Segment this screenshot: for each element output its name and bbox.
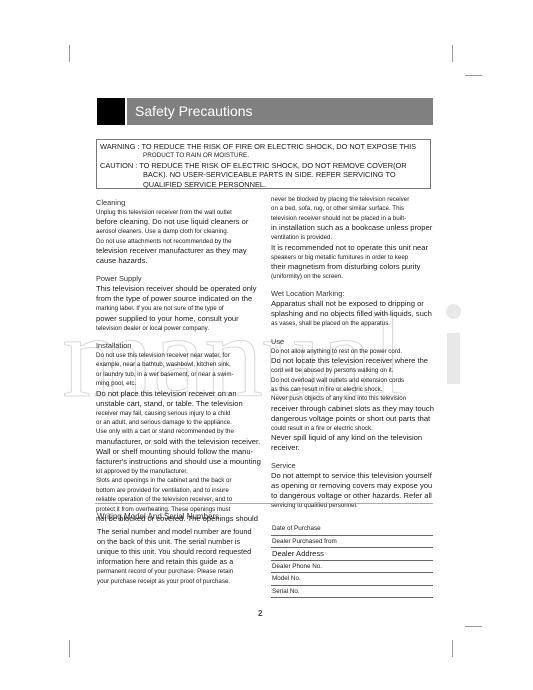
caution-line: QUALIFIED SERVICE PERSONNEL.: [100, 180, 427, 189]
text-line: from the type of power source indicated …: [96, 294, 268, 304]
warning-line: PRODUCT TO RAIN OR MOISTURE.: [100, 151, 427, 160]
text-line: unstable cart, stand, or table. The tele…: [96, 399, 268, 409]
header-block: [97, 98, 125, 125]
crop-mark: [452, 45, 453, 62]
section-heading-wet-location: Wet Location Marking:: [271, 289, 443, 299]
text-line: manufacturer, or sold with the televisio…: [96, 437, 268, 447]
page-number: 2: [258, 609, 262, 618]
left-column: Cleaning Unplug this television receiver…: [96, 198, 268, 524]
text-line: as vases, shall be placed on the apparat…: [271, 319, 443, 328]
section-heading-power-supply: Power Supply: [96, 274, 268, 284]
caution-line: BACK). NO USER-SERVICEABLE PARTS IN SIDE…: [100, 170, 427, 179]
text-line: (uniformity) on the screen.: [271, 272, 443, 281]
serial-section-heading: Writing Model And Serial Numbers: [97, 512, 219, 521]
section-heading-service: Service: [271, 461, 443, 471]
text-line: receiver.: [271, 443, 443, 453]
text-line: Apparatus shall not be exposed to drippi…: [271, 299, 443, 309]
watermark-i-dot: [446, 304, 461, 319]
text-line: Do not allow anything to rest on the pow…: [271, 347, 443, 356]
text-line: never be blocked by placing the televisi…: [271, 195, 443, 204]
crop-mark: [69, 45, 70, 62]
text-line: information here and retain this guide a…: [97, 557, 272, 567]
text-line: Do not use attachments not recommended b…: [96, 237, 268, 246]
text-line: their magnetism from disturbing colors p…: [271, 262, 443, 272]
text-line: aerosol cleaners. Use a damp cloth for c…: [96, 227, 268, 236]
record-field-serial-no: Serial No.: [271, 586, 433, 599]
text-line: Do not overload wall outlets and extensi…: [271, 376, 443, 385]
record-field-dealer-address: Dealer Address: [271, 548, 433, 561]
text-line: television receiver should not be placed…: [271, 214, 443, 223]
warning-line: WARNING : TO REDUCE THE RISK OF FIRE OR …: [100, 142, 427, 151]
record-field-date-of-purchase: Date of Purchase: [271, 523, 433, 536]
section-heading-cleaning: Cleaning: [96, 198, 268, 208]
text-line: Never spill liquid of any kind on the te…: [271, 433, 443, 443]
text-line: your purchase receipt as your proof of p…: [97, 577, 272, 587]
text-line: television receiver manufacturer as they…: [96, 246, 268, 256]
text-line: kit approved by the manufacturer.: [96, 467, 268, 476]
text-line: Do not attempt to service this televisio…: [271, 471, 443, 481]
text-line: as opening or removing covers may expose…: [271, 481, 443, 491]
text-line: receiver through cabinet slots as they m…: [271, 404, 443, 414]
section-heading-installation: Installation: [96, 341, 268, 351]
page-title: Safety Precautions: [135, 103, 253, 119]
crop-mark: [465, 75, 482, 76]
serial-section-text: The serial number and model number are f…: [97, 527, 272, 587]
text-line: before cleaning. Do not use liquid clean…: [96, 217, 268, 227]
text-line: ventilation is provided.: [271, 233, 443, 242]
record-field-dealer-purchased-from: Dealer Purchased from: [271, 536, 433, 549]
text-line: in installation such as a bookcase unles…: [271, 223, 443, 233]
text-line: as this can result in fire or electric s…: [271, 385, 443, 394]
text-line: Never push objects of any kind into this…: [271, 394, 443, 403]
purchase-record-table: Date of Purchase Dealer Purchased from D…: [271, 523, 433, 598]
text-line: Do not use this television receiver near…: [96, 351, 268, 360]
header-bar: Safety Precautions: [127, 98, 433, 125]
text-line: dangerous voltage points or short out pa…: [271, 414, 443, 424]
text-line: It is recommended not to operate this un…: [271, 243, 443, 253]
right-column: never be blocked by placing the televisi…: [271, 195, 443, 511]
section-heading-use: Use: [271, 337, 443, 347]
crop-mark: [465, 626, 482, 627]
text-line: Do not place this television receiver on…: [96, 389, 268, 399]
record-field-dealer-phone: Dealer Phone No.: [271, 561, 433, 574]
text-line: cord will be abused by persons walking o…: [271, 366, 443, 375]
text-line: This television receiver should be opera…: [96, 284, 268, 294]
text-line: splashing and no objects filled with liq…: [271, 309, 443, 319]
crop-mark: [452, 640, 453, 657]
text-line: Wall or shelf mounting should follow the…: [96, 447, 268, 457]
text-line: power supplied to your home, consult you…: [96, 314, 268, 324]
text-line: Slots and openings in the cabinet and th…: [96, 476, 268, 485]
text-line: to dangerous voltage or other hazards. R…: [271, 491, 443, 501]
text-line: or an adult, and serious damage to the a…: [96, 418, 268, 427]
record-field-model-no: Model No.: [271, 573, 433, 586]
text-line: example, near a bathtub, washbowl, kitch…: [96, 360, 268, 369]
text-line: bottom are provided for ventilation, and…: [96, 486, 268, 495]
text-line: Unplug this television receiver from the…: [96, 208, 268, 217]
text-line: receiver may fall, causing serious injur…: [96, 409, 268, 418]
text-line: unique to this unit. You should record r…: [97, 547, 272, 557]
crop-mark: [69, 640, 70, 657]
text-line: on a bed, sofa, rug, or other similar su…: [271, 204, 443, 213]
text-line: television dealer or local power company…: [96, 324, 268, 333]
section-divider: [95, 503, 433, 504]
text-line: or laundry tub, in a wet basement, or ne…: [96, 370, 268, 379]
text-line: on the back of this unit. The serial num…: [97, 537, 272, 547]
text-line: marking label. If you are not sure of th…: [96, 304, 268, 313]
text-line: could result in a fire or electric shock…: [271, 424, 443, 433]
text-line: facturer's instructions and should use a…: [96, 457, 268, 467]
text-line: Do not locate this television receiver w…: [271, 356, 443, 366]
text-line: cause hazards.: [96, 256, 268, 266]
text-line: speakers or big metallic furnitures in o…: [271, 253, 443, 262]
watermark-i-stem: [447, 333, 460, 384]
warning-box: WARNING : TO REDUCE THE RISK OF FIRE OR …: [96, 139, 431, 189]
text-line: The serial number and model number are f…: [97, 527, 272, 537]
text-line: ming pool, etc.: [96, 379, 268, 388]
caution-line: CAUTION : TO REDUCE THE RISK OF ELECTRIC…: [100, 161, 427, 170]
text-line: Use only with a cart or stand recommende…: [96, 427, 268, 436]
text-line: permanent record of your purchase. Pleas…: [97, 567, 272, 577]
